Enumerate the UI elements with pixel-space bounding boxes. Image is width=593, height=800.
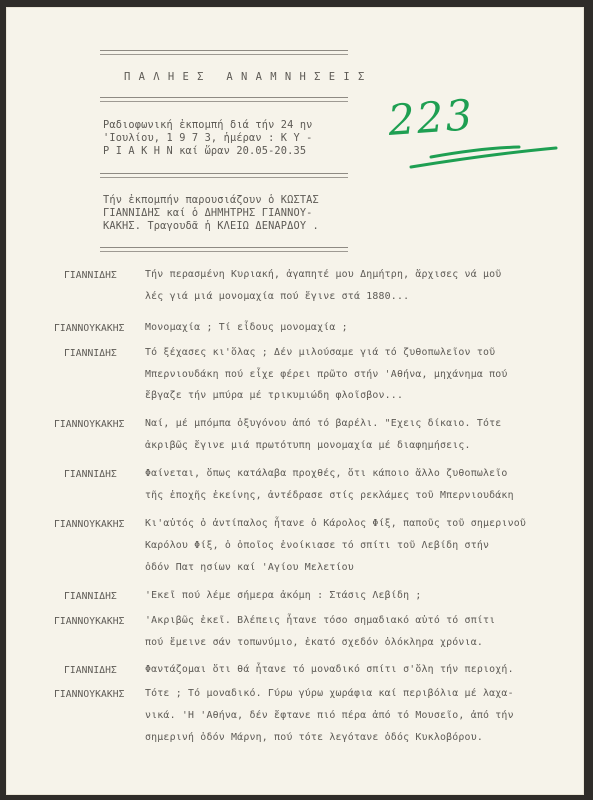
handwritten-underline-icon	[401, 144, 576, 174]
dialogue-line: 'Ακριβῶς ἐκεῖ. Βλέπεις ἦτανε τόσο σημαδι…	[145, 615, 495, 626]
speaker-label: ΓΙΑΝΝΙΔΗΣ	[64, 469, 152, 480]
title-rule	[100, 97, 348, 102]
dialogue-line: Φαίνεται, ὅπως κατάλαβα προχθές, ὅτι κάπ…	[145, 468, 508, 479]
dialogue-line: Μονομαχία ; Τί εἶδους μονομαχία ;	[145, 322, 348, 333]
dialogue-line: Κι'αὐτός ὁ ἀντίπαλος ἦτανε ὁ Κάρολος Φίξ…	[145, 518, 526, 529]
presenters-line-3: ΚΑΚΗΣ. Τραγουδᾶ ἡ ΚΛΕΙΩ ΔΕΝΑΡΔΟΥ .	[103, 220, 319, 232]
speaker-label: ΓΙΑΝΝΟΥΚΑΚΗΣ	[54, 616, 142, 627]
presenters-rule	[100, 247, 348, 252]
dialogue-line: Καρόλου Φίξ, ὁ ὁποῖος ἐνοίκιασε τό σπίτι…	[145, 540, 489, 551]
speaker-label: ΓΙΑΝΝΙΔΗΣ	[64, 348, 152, 359]
presenters-line-1: Τήν ἐκπομπήν παρουσιάζουν ὁ ΚΩΣΤΑΣ	[103, 194, 319, 206]
dialogue-line: ὁδόν Πατ ησίων καί 'Αγίου Μελετίου	[145, 562, 354, 573]
dialogue-line: πού ἔμεινε σάν τοπωνύμιο, ἑκατό σχεδόν ὁ…	[145, 637, 483, 648]
speaker-label: ΓΙΑΝΝΙΔΗΣ	[64, 591, 152, 602]
speaker-label: ΓΙΑΝΝΟΥΚΑΚΗΣ	[54, 323, 142, 334]
dialogue-line: λές γιά μιά μονομαχία πού ἔγινε στά 1880…	[145, 291, 409, 302]
presenters-line-2: ΓΙΑΝΝΙΔΗΣ καί ὁ ΔΗΜΗΤΡΗΣ ΓΙΑΝΝΟΥ-	[103, 207, 313, 219]
dialogue-line: Ναί, μέ μπόμπα ὀξυγόνου ἀπό τό βαρέλι. "…	[145, 418, 501, 429]
speaker-label: ΓΙΑΝΝΟΥΚΑΚΗΣ	[54, 689, 142, 700]
speaker-label: ΓΙΑΝΝΙΔΗΣ	[64, 665, 152, 676]
dialogue-line: Φαντάζομαι ὅτι θά ἦτανε τό μοναδικό σπίτ…	[145, 664, 514, 675]
dialogue-line: 'Εκεῖ πού λέμε σήμερα ἀκόμη : Στάσις Λεβ…	[145, 590, 422, 601]
dialogue-line: Τότε ; Τό μοναδικό. Γύρω γύρω χωράφια κα…	[145, 688, 514, 699]
typewritten-page: ΠΑΛΗΕΣ ΑΝΑΜΝΗΣΕΙΣ Ραδιοφωνική ἐκπομπή δι…	[6, 7, 584, 795]
dialogue-line: σημερινή ὁδόν Μάρνη, πού τότε λεγότανε ὁ…	[145, 732, 483, 743]
info-rule	[100, 173, 348, 178]
dialogue-line: ἀκριβῶς ἔγινε μιά πρωτότυπη μονομαχία μέ…	[145, 440, 471, 451]
handwritten-page-number: 223	[386, 90, 475, 145]
dialogue-line: τῆς ἐποχῆς ἐκείνης, ἀντέδρασε στίς ρεκλά…	[145, 490, 514, 501]
speaker-label: ΓΙΑΝΝΙΔΗΣ	[64, 270, 152, 281]
speaker-label: ΓΙΑΝΝΟΥΚΑΚΗΣ	[54, 519, 142, 530]
dialogue-line: νικά. 'Η 'Αθήνα, δέν ἔφτανε πιό πέρα ἀπό…	[145, 710, 514, 721]
dialogue-line: ἔβγαζε τήν μπύρα μέ τρικυμιώδη φλοῖσβον.…	[145, 390, 403, 401]
dialogue-line: Μπερνιουδάκη πού εἶχε φέρει πρῶτο στήν '…	[145, 369, 508, 380]
document-title: ΠΑΛΗΕΣ ΑΝΑΜΝΗΣΕΙΣ	[124, 71, 373, 83]
dialogue-line: Τήν περασμένη Κυριακή, ἀγαπητέ μου Δημήτ…	[145, 269, 501, 280]
dialogue-line: Τό ξέχασες κι'ὅλας ; Δέν μιλούσαμε γιά τ…	[145, 347, 495, 358]
broadcast-info-line-2: 'Ιουλίου, 1 9 7 3, ἡμέραν : Κ Υ -	[103, 132, 313, 144]
top-rule	[100, 50, 348, 55]
broadcast-info-line-1: Ραδιοφωνική ἐκπομπή διά τήν 24 ην	[103, 119, 313, 131]
speaker-label: ΓΙΑΝΝΟΥΚΑΚΗΣ	[54, 419, 142, 430]
broadcast-info-line-3: Ρ Ι Α Κ Η Ν καί ὥραν 20.05-20.35	[103, 145, 306, 157]
